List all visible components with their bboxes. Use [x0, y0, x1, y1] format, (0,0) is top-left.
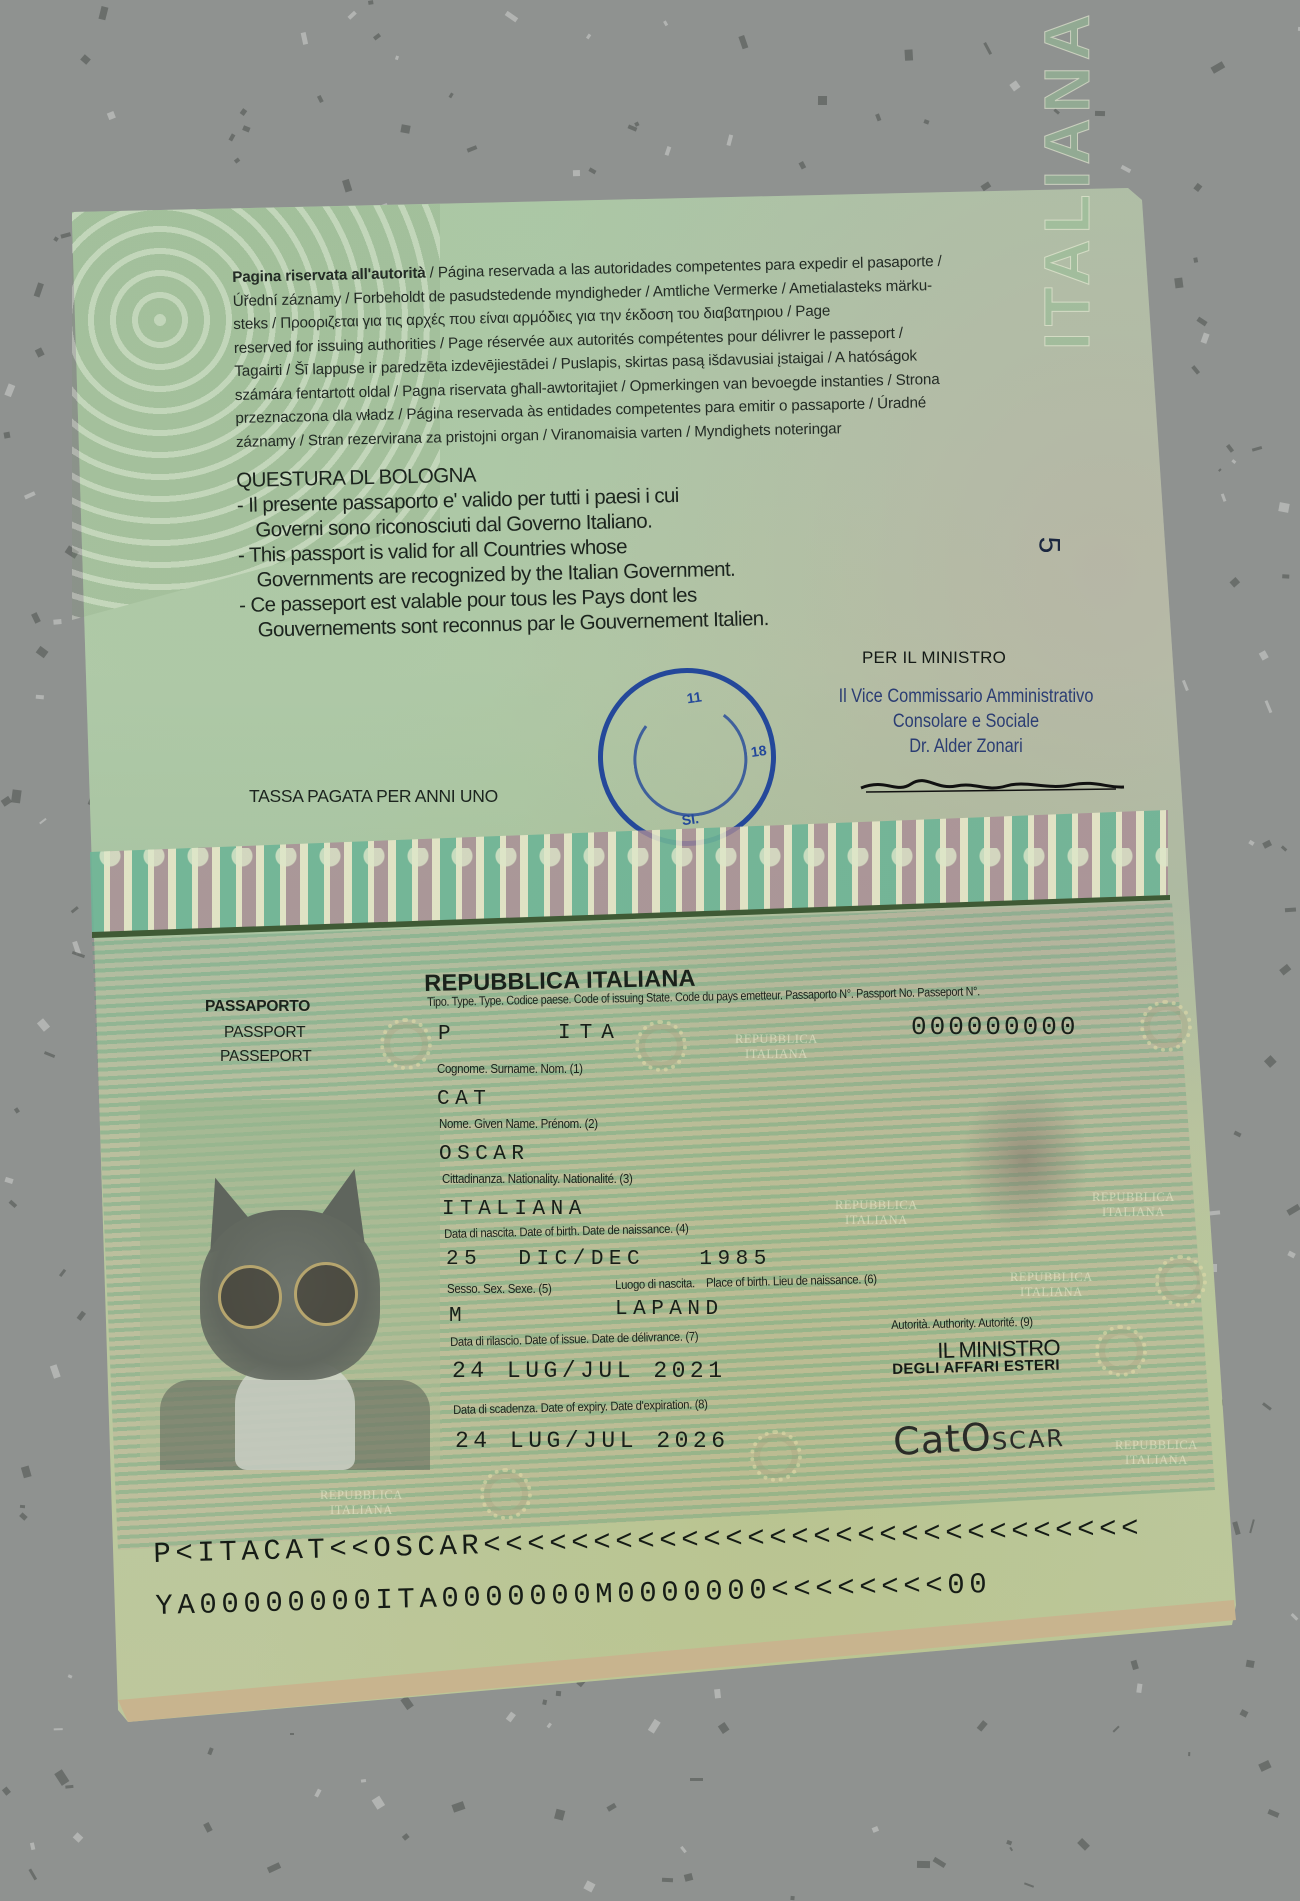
surface-speckle	[21, 1465, 31, 1478]
surface-speckle	[1229, 578, 1239, 588]
surface-speckle	[1137, 1684, 1143, 1694]
surface-speckle	[1291, 1613, 1299, 1621]
surface-speckle	[239, 108, 246, 116]
surface-speckle	[1262, 1403, 1272, 1411]
surface-speckle	[368, 0, 373, 4]
surface-speckle	[1285, 908, 1296, 913]
rosette-icon	[1155, 1255, 1207, 1307]
surface-speckle	[799, 161, 806, 170]
surface-speckle	[207, 1748, 213, 1756]
surface-speckle	[373, 33, 381, 40]
surface-speckle	[871, 1826, 879, 1833]
surface-speckle	[1191, 365, 1200, 375]
surface-speckle	[1232, 1521, 1240, 1535]
surface-speckle	[1121, 165, 1131, 173]
surface-speckle	[606, 1803, 616, 1812]
watermark-text: REPUBBLICAITALIANA	[735, 1032, 818, 1062]
surface-speckle	[44, 1051, 55, 1058]
surface-speckle	[1024, 1883, 1034, 1889]
official-signature	[856, 770, 1126, 800]
surface-speckle	[1221, 493, 1227, 501]
surface-speckle	[233, 158, 240, 164]
surface-speckle	[1265, 700, 1273, 713]
surface-speckle	[1226, 444, 1234, 453]
surface-speckle	[1182, 680, 1189, 691]
surface-speckle	[683, 1873, 693, 1881]
passport-number: 000000000	[911, 1012, 1078, 1042]
surface-speckle	[53, 236, 59, 242]
surface-speckle	[1264, 1055, 1276, 1067]
surface-speckle	[981, 181, 992, 191]
surface-speckle	[341, 179, 352, 193]
ghost-image	[960, 1080, 1090, 1240]
surface-speckle	[1193, 183, 1202, 192]
surface-speckle	[50, 1364, 60, 1378]
surface-speckle	[547, 1723, 552, 1729]
per-il-ministro: PER IL MINISTRO	[862, 648, 1006, 668]
surface-speckle	[1217, 469, 1221, 473]
surface-speckle	[67, 1674, 72, 1679]
surface-speckle	[54, 619, 62, 625]
surface-speckle	[77, 1311, 86, 1321]
surface-speckle	[1209, 1211, 1220, 1216]
surface-speckle	[1240, 1709, 1249, 1718]
surface-speckle	[1009, 1847, 1013, 1852]
surface-speckle	[98, 6, 108, 20]
surface-speckle	[1279, 964, 1292, 976]
rosette-icon	[480, 1468, 532, 1520]
surface-speckle	[30, 1843, 36, 1851]
surface-speckle	[204, 1822, 213, 1833]
surface-speckle	[242, 125, 250, 132]
surface-speckle	[983, 42, 992, 55]
surface-speckle	[554, 1808, 565, 1819]
surface-speckle	[2, 1787, 11, 1796]
nationality-label: Cittadinanza. Nationality. Nationalité. …	[442, 1172, 632, 1186]
surface-speckle	[268, 1863, 282, 1873]
surface-speckle	[1248, 840, 1255, 846]
surface-speckle	[904, 49, 913, 61]
surface-speckle	[1283, 574, 1290, 578]
surface-speckle	[1286, 1205, 1300, 1217]
rosette-icon	[1140, 1000, 1192, 1052]
watermark-text: REPUBBLICAITALIANA	[835, 1198, 918, 1228]
surface-speckle	[583, 1880, 595, 1892]
surface-speckle	[1258, 1760, 1272, 1772]
surface-speckle	[80, 54, 91, 65]
surface-speckle	[1233, 1131, 1241, 1138]
sex-label: Sesso. Sex. Sexe. (5)	[447, 1282, 551, 1296]
surname-value: CAT	[437, 1088, 491, 1111]
surface-speckle	[73, 1832, 84, 1843]
surface-speckle	[1112, 1726, 1119, 1733]
surface-speckle	[1, 796, 12, 807]
surface-speckle	[65, 1785, 74, 1789]
surface-speckle	[1010, 81, 1021, 92]
date-of-issue-value: 24 LUG/JUL 2021	[452, 1358, 727, 1384]
surface-speckle	[649, 1719, 661, 1733]
given-name-value: OSCAR	[439, 1143, 530, 1166]
surface-speckle	[107, 111, 116, 120]
page-number: 5	[1031, 537, 1065, 554]
watermark-text: REPUBBLICAITALIANA	[1115, 1438, 1198, 1468]
document-type: P	[438, 1023, 456, 1046]
surface-speckle	[933, 1857, 946, 1868]
doc-type-label-en: PASSPORT	[224, 1024, 305, 1042]
surface-speckle	[402, 1833, 410, 1841]
given-name-label: Nome. Given Name. Prénom. (2)	[439, 1117, 598, 1131]
surname-label: Cognome. Surname. Nom. (1)	[437, 1062, 583, 1076]
surface-speckle	[1193, 257, 1198, 263]
sex-value: M	[449, 1305, 467, 1328]
surface-speckle	[23, 491, 35, 500]
surface-speckle	[60, 232, 71, 239]
surface-speckle	[504, 11, 517, 22]
surface-speckle	[39, 818, 46, 824]
surface-speckle	[72, 951, 85, 958]
surface-speckle	[738, 35, 748, 49]
surface-speckle	[818, 96, 827, 105]
surface-speckle	[467, 145, 478, 152]
surface-speckle	[361, 1778, 366, 1782]
reserved-for-authorities-text: Pagina riservata all'autorità / Página r…	[232, 249, 996, 454]
surface-speckle	[400, 125, 410, 135]
place-of-birth-value: LAPAND	[615, 1298, 724, 1321]
surface-speckle	[59, 1269, 67, 1277]
surface-speckle	[718, 1722, 730, 1734]
country-code: ITA	[558, 1022, 623, 1045]
surface-speckle	[556, 1691, 562, 1696]
surface-speckle	[663, 21, 668, 27]
surface-speckle	[300, 32, 308, 45]
surface-speckle	[977, 1720, 988, 1732]
photo-sunglasses-right	[294, 1262, 358, 1326]
surface-speckle	[395, 55, 399, 60]
surface-speckle	[505, 1711, 516, 1722]
surface-speckle	[372, 1796, 385, 1810]
surface-speckle	[714, 1689, 721, 1699]
surface-speckle	[1268, 1809, 1280, 1818]
surface-speckle	[726, 134, 733, 146]
surface-speckle	[34, 283, 44, 298]
photo-sunglasses-left	[218, 1265, 282, 1329]
official-stamp-text: Il Vice Commissario Amministrativo Conso…	[820, 684, 1112, 759]
surface-speckle	[14, 1107, 20, 1113]
surface-speckle	[11, 790, 21, 804]
surface-speckle	[1249, 1519, 1255, 1533]
stamp-inner-ring	[626, 695, 755, 824]
surface-speckle	[35, 347, 44, 357]
surface-speckle	[449, 93, 454, 98]
surface-speckle	[71, 906, 79, 913]
watermark-text: REPUBBLICAITALIANA	[320, 1488, 403, 1518]
doc-type-label-fr: PASSEPORT	[220, 1048, 312, 1066]
reserved-heading: Pagina riservata all'autorità	[232, 265, 426, 286]
surface-speckle	[29, 1869, 37, 1881]
surface-speckle	[1188, 1752, 1190, 1756]
surface-speckle	[1210, 61, 1225, 74]
surface-speckle	[4, 384, 15, 398]
surface-speckle	[9, 1200, 18, 1208]
surface-speckle	[54, 1770, 69, 1786]
surface-speckle	[1252, 446, 1263, 452]
surface-speckle	[1262, 840, 1272, 849]
surface-speckle	[36, 646, 49, 659]
surface-speckle	[586, 34, 592, 40]
holder-signature: CatOSCAR	[892, 1411, 1066, 1464]
rosette-icon	[380, 1018, 432, 1070]
nationality-value: ITALIANA	[442, 1198, 587, 1221]
date-of-birth-value: 25 DIC/DEC 1985	[446, 1248, 772, 1271]
surface-speckle	[1231, 460, 1236, 464]
surface-speckle	[573, 170, 580, 176]
surface-speckle	[542, 1699, 547, 1705]
surface-speckle	[690, 1778, 703, 1781]
surface-speckle	[1174, 277, 1183, 288]
surface-speckle	[54, 1728, 63, 1730]
surface-speckle	[1259, 650, 1268, 660]
surface-speckle	[589, 168, 597, 175]
fee-note: TASSA PAGATA PER ANNI UNO	[249, 786, 498, 807]
rosette-icon	[635, 1020, 687, 1072]
surface-speckle	[32, 612, 42, 624]
validity-endorsement: QUESTURA DL BOLOGNA - Il presente passap…	[236, 456, 769, 643]
surface-speckle	[317, 95, 323, 103]
surface-speckle	[20, 1505, 25, 1508]
date-of-expiry-value: 24 LUG/JUL 2026	[455, 1428, 730, 1454]
surface-speckle	[1281, 846, 1288, 852]
surface-speckle	[665, 146, 672, 156]
surface-speckle	[348, 11, 357, 20]
surface-speckle	[229, 133, 236, 141]
surface-speckle	[315, 1789, 322, 1798]
rosette-icon	[1095, 1325, 1147, 1377]
doc-type-label-it: PASSAPORTO	[205, 998, 310, 1016]
surface-speckle	[634, 121, 639, 126]
surface-speckle	[1196, 316, 1207, 326]
surface-speckle	[917, 1861, 930, 1868]
rosette-icon	[750, 1430, 802, 1482]
surface-speckle	[36, 694, 44, 698]
surface-speckle	[20, 1512, 28, 1520]
surface-speckle	[451, 1801, 465, 1813]
surface-speckle	[924, 119, 930, 124]
surface-speckle	[1287, 1251, 1296, 1259]
surface-speckle	[1246, 1660, 1255, 1668]
surface-speckle	[875, 113, 881, 121]
surface-speckle	[1077, 1838, 1090, 1851]
surface-speckle	[1006, 1840, 1012, 1846]
watermark-text: REPUBBLICAITALIANA	[1092, 1190, 1175, 1220]
surface-speckle	[37, 1018, 50, 1032]
surface-speckle	[791, 1896, 795, 1900]
vertical-watermark: ITALIANA	[1030, 8, 1104, 350]
surface-speckle	[680, 1846, 687, 1853]
surface-speckle	[1200, 332, 1209, 343]
surface-speckle	[290, 1733, 294, 1735]
watermark-text: REPUBBLICAITALIANA	[1010, 1270, 1093, 1300]
surface-speckle	[4, 432, 11, 439]
surface-speckle	[1278, 502, 1289, 512]
surface-speckle	[4, 1177, 14, 1185]
surface-speckle	[662, 1878, 674, 1882]
surface-speckle	[1131, 1660, 1140, 1671]
